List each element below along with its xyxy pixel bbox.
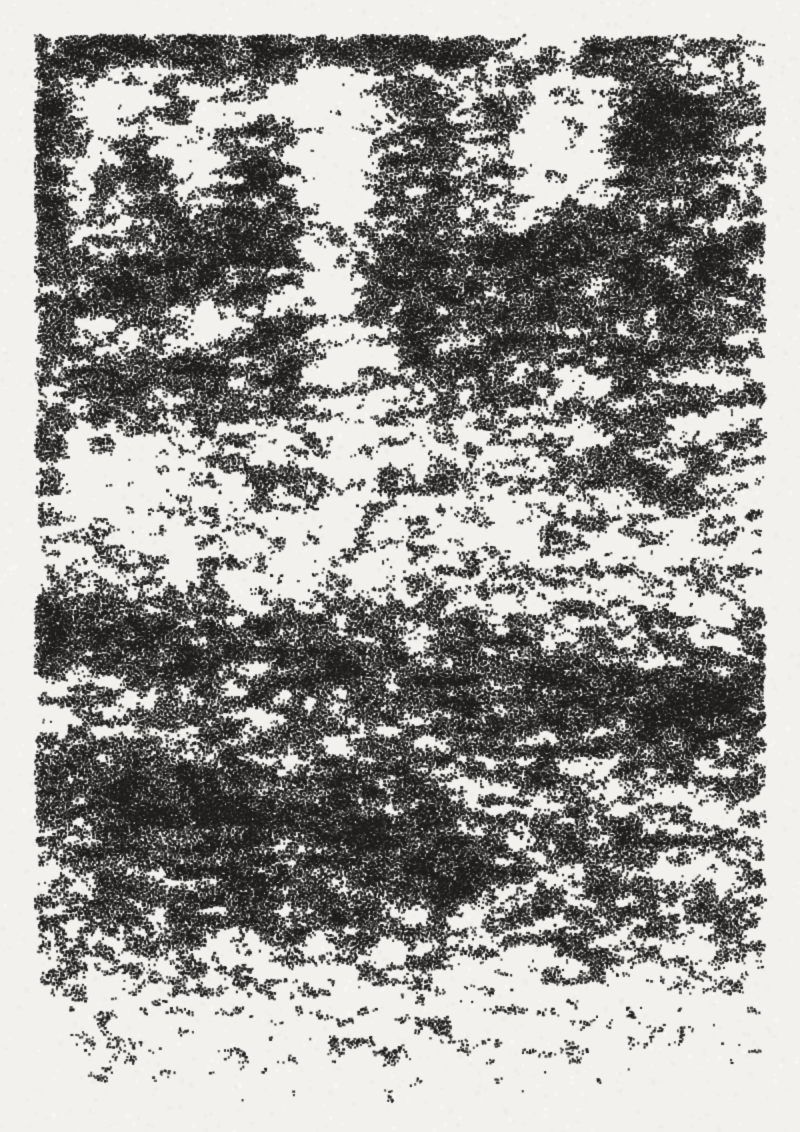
photo-paper [0, 0, 800, 1132]
stippled-photograph-canvas [0, 0, 800, 1132]
